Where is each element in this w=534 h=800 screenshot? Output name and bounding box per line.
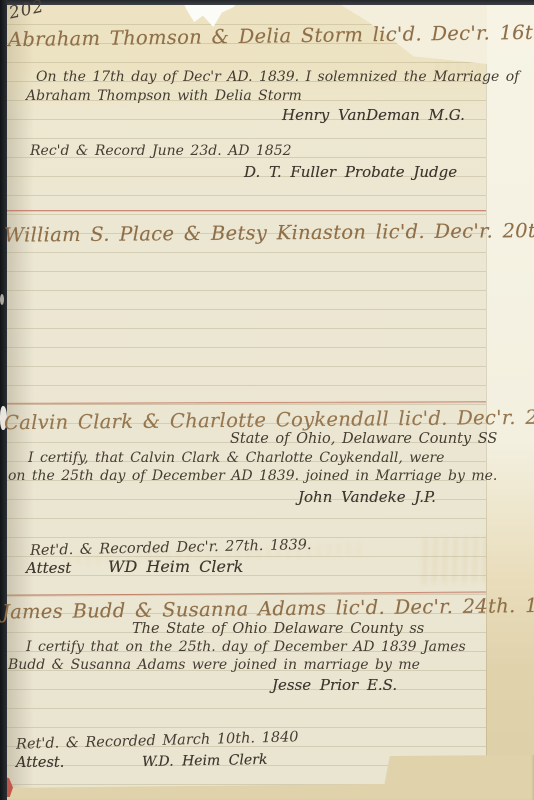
entry-heading: Calvin Clark & Charlotte Coykendall lic'… bbox=[4, 405, 534, 435]
officiant-signature: Henry VanDeman M.G. bbox=[282, 106, 465, 124]
page-top-edge bbox=[0, 0, 534, 5]
binding-speck bbox=[0, 294, 4, 305]
certification-line: on the 25th day of December AD 1839. joi… bbox=[8, 468, 497, 484]
entry-heading: William S. Place & Betsy Kinaston lic'd.… bbox=[4, 218, 534, 246]
recorded-line: Ret'd. & Recorded March 10th. 1840 bbox=[16, 729, 299, 752]
certification-line: I certify, that Calvin Clark & Charlotte… bbox=[28, 450, 444, 466]
entry-heading: James Budd & Susanna Adams lic'd. Dec'r.… bbox=[2, 593, 534, 623]
underlying-page-edge bbox=[486, 0, 534, 800]
attest-label: Attest. bbox=[16, 755, 64, 771]
jurisdiction-line: State of Ohio, Delaware County SS bbox=[230, 431, 497, 447]
recorded-line: Ret'd. & Recorded Dec'r. 27th. 1839. bbox=[30, 537, 312, 559]
certification-line: Budd & Susanna Adams were joined in marr… bbox=[8, 657, 420, 673]
recorded-line: Rec'd & Record June 23d. AD 1852 bbox=[30, 143, 292, 159]
section-divider bbox=[0, 210, 534, 211]
certification-line: On the 17th day of Dec'r AD. 1839. I sol… bbox=[36, 69, 519, 85]
certification-line: I certify that on the 25th. day of Decem… bbox=[26, 639, 466, 655]
officiant-signature: John Vandeke J.P. bbox=[298, 488, 436, 506]
page-number: 202 bbox=[7, 0, 46, 23]
clerk-signature: W.D. Heim Clerk bbox=[142, 752, 268, 770]
officiant-signature: Jesse Prior E.S. bbox=[272, 676, 397, 694]
ledger-page-scan: 202 Abraham Thomson & Delia Storm lic'd.… bbox=[0, 0, 534, 800]
judge-signature: D. T. Fuller Probate Judge bbox=[244, 163, 457, 181]
attest-label: Attest bbox=[26, 559, 71, 577]
clerk-signature: WD Heim Clerk bbox=[108, 557, 243, 576]
binding-edge bbox=[0, 0, 7, 800]
certification-line: Abraham Thompson with Delia Storm bbox=[26, 88, 302, 104]
jurisdiction-line: The State of Ohio Delaware County ss bbox=[132, 621, 424, 637]
section-divider bbox=[0, 401, 534, 404]
